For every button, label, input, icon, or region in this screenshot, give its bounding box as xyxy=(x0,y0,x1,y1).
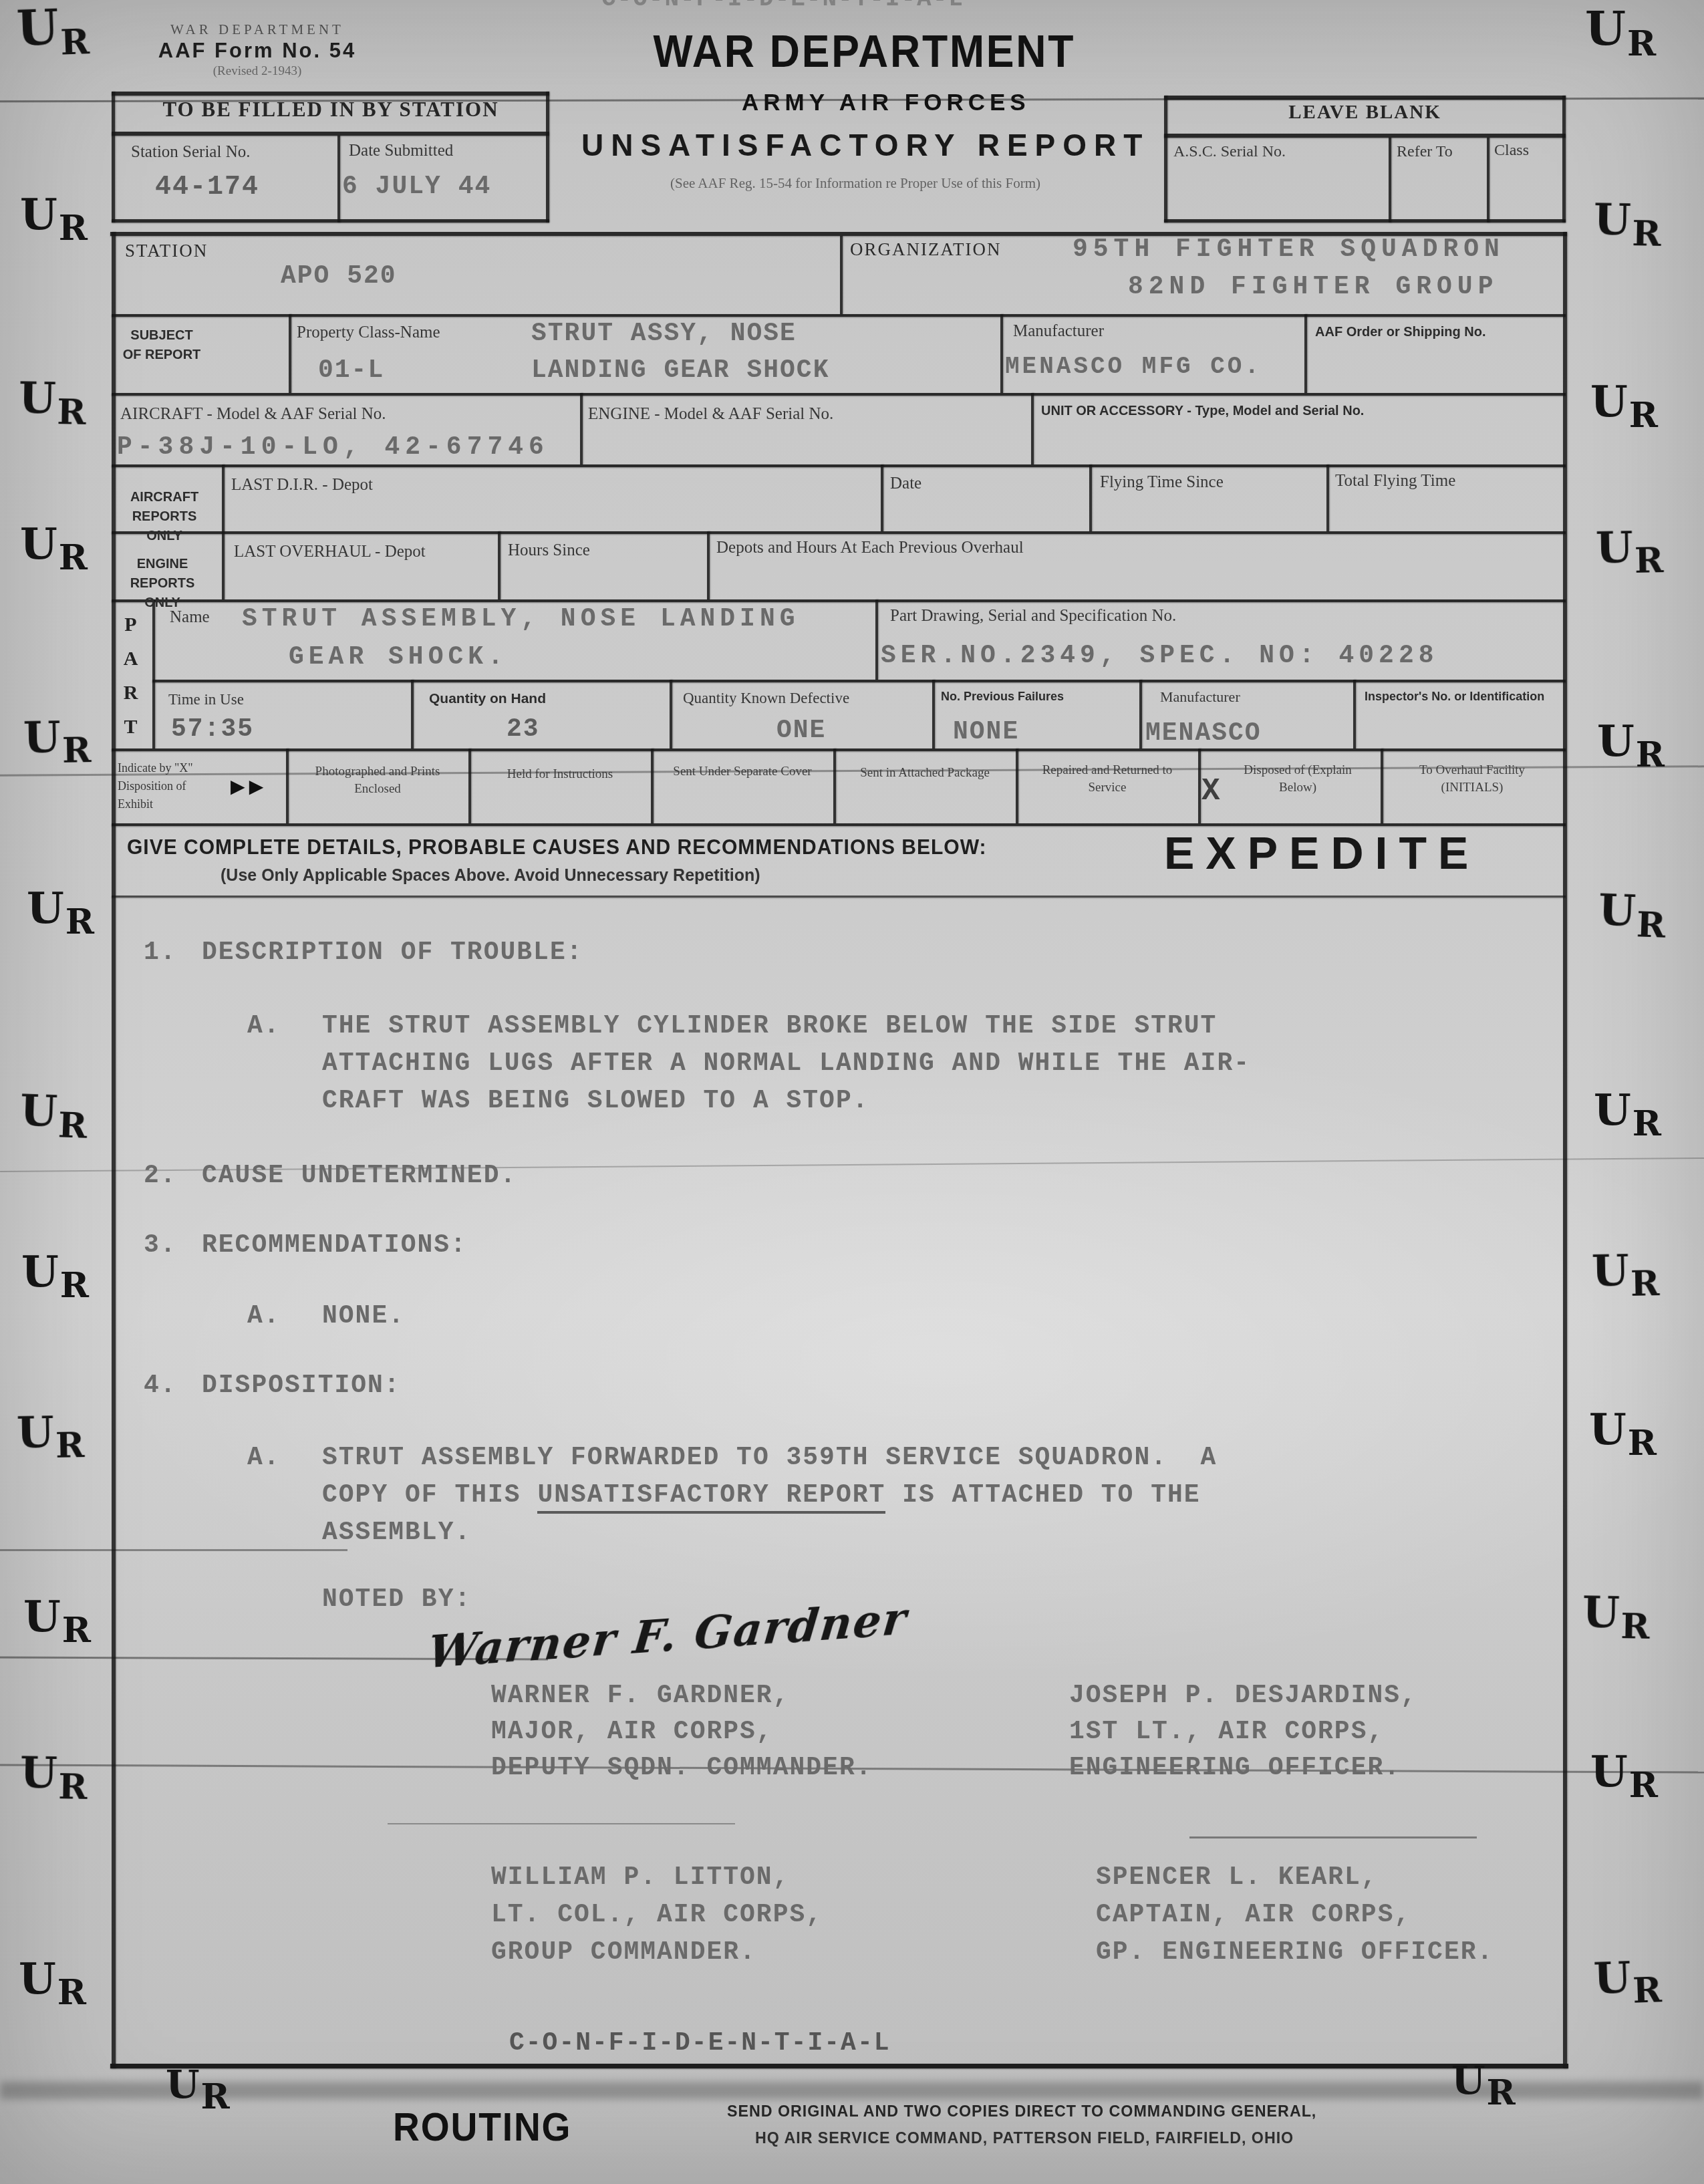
body-item1a-line3: CRAFT WAS BEING SLOWED TO A STOP. xyxy=(322,1087,869,1115)
ur-stamp-r: R xyxy=(1632,217,1661,252)
ur-stamp-r: R xyxy=(55,1428,85,1464)
border-line xyxy=(222,464,225,599)
body-item2-title: CAUSE UNDETERMINED. xyxy=(202,1162,517,1190)
confidential-bottom-line: C-O-N-F-I-D-E-N-T-I-A-L xyxy=(509,2029,891,2058)
border-line xyxy=(1487,138,1489,223)
disposition-option: Photographed and Prints Enclosed xyxy=(307,763,448,797)
border-line xyxy=(112,599,1566,602)
page-subtitle: ARMY AIR FORCES xyxy=(742,90,1030,116)
prev-failures-value: NONE xyxy=(953,718,1019,746)
border-line xyxy=(112,896,1566,898)
ur-stamp-u: U xyxy=(20,519,57,569)
ur-stamp: UR xyxy=(20,194,88,237)
body-item3a-letter: A. xyxy=(247,1302,281,1331)
aircraft-value: P-38J-10-LO, 42-67746 xyxy=(117,433,549,462)
border-line xyxy=(112,464,1566,467)
ur-stamp-r: R xyxy=(1632,1107,1661,1141)
ur-stamp-r: R xyxy=(201,2080,230,2114)
border-line xyxy=(112,393,1566,396)
part-name-label: Name xyxy=(170,608,210,627)
subject-stub-label: SUBJECT OF REPORT xyxy=(122,326,202,365)
ur-stamp-r: R xyxy=(59,211,88,246)
ur-stamp-u: U xyxy=(1598,885,1637,936)
property-value-line1: STRUT ASSY, NOSE xyxy=(531,319,797,348)
qty-defective-label: Quantity Known Defective xyxy=(683,690,849,707)
leave-blank-title: LEAVE BLANK xyxy=(1169,102,1560,124)
ur-stamp-r: R xyxy=(1636,738,1665,773)
ur-stamp-r: R xyxy=(62,1613,91,1648)
scan-line xyxy=(0,1549,347,1551)
ur-stamp-u: U xyxy=(19,1954,56,2004)
border-line xyxy=(1198,748,1201,823)
border-line xyxy=(1164,219,1566,223)
ur-stamp-u: U xyxy=(166,2062,200,2107)
ur-stamp: UR xyxy=(1593,198,1661,243)
body-item4-number: 4. xyxy=(144,1371,177,1400)
signer4-title: GP. ENGINEERING OFFICER. xyxy=(1096,1938,1494,1967)
ur-stamp-u: U xyxy=(19,1748,57,1798)
border-line xyxy=(112,314,1566,317)
ur-stamp-r: R xyxy=(1629,398,1658,433)
border-line xyxy=(337,136,340,223)
border-line xyxy=(707,531,710,599)
ur-stamp-r: R xyxy=(1630,1266,1660,1302)
part-name-value-line1: STRUT ASSEMBLY, NOSE LANDING xyxy=(242,605,800,634)
border-line xyxy=(1381,748,1383,823)
depots-hours-label: Depots and Hours At Each Previous Overha… xyxy=(716,539,1024,557)
border-line xyxy=(875,599,878,680)
ur-stamp-u: U xyxy=(19,1085,58,1137)
part-drawing-label: Part Drawing, Serial and Specification N… xyxy=(890,607,1176,626)
border-line xyxy=(110,2064,1568,2068)
expedite-stamp: EXPEDITE xyxy=(1164,827,1479,879)
station-box-title: TO BE FILLED IN BY STATION xyxy=(117,98,545,122)
body-item3a-text: NONE. xyxy=(322,1302,405,1331)
station-label: STATION xyxy=(125,241,208,261)
report-title: UNSATISFACTORY REPORT xyxy=(581,127,1149,163)
time-in-use-value: 57:35 xyxy=(171,715,254,744)
ur-stamp-r: R xyxy=(60,25,90,60)
signer2-name: JOSEPH P. DESJARDINS, xyxy=(1069,1681,1417,1710)
body-item1a-line2: ATTACHING LUGS AFTER A NORMAL LANDING AN… xyxy=(322,1049,1250,1078)
class-label: Class xyxy=(1494,142,1529,160)
disposition-x-mark: X xyxy=(1201,774,1222,809)
organization-value-line1: 95TH FIGHTER SQUADRON xyxy=(1073,235,1505,264)
border-line xyxy=(580,393,583,464)
signer2-rank: 1ST LT., AIR CORPS, xyxy=(1069,1718,1384,1746)
scan-line xyxy=(1189,1836,1477,1838)
last-overhaul-label: LAST OVERHAUL - Depot xyxy=(234,543,426,561)
ur-stamp-u: U xyxy=(1591,1246,1629,1296)
disposition-option: Held for Instructions xyxy=(489,766,631,783)
body-item4a-line2-post: IS ATTACHED TO THE xyxy=(885,1481,1200,1510)
ur-stamp: UR xyxy=(21,1251,89,1294)
border-line xyxy=(1139,680,1142,748)
border-line xyxy=(411,680,414,748)
signature-warner-gardner: Warner F. Gardner xyxy=(426,1593,910,1679)
property-class-label: Property Class-Name xyxy=(297,323,440,342)
report-note: (See AAF Reg. 15-54 for Information re P… xyxy=(588,175,1123,192)
ur-stamp-u: U xyxy=(1582,1587,1620,1638)
routing-label: ROUTING xyxy=(393,2104,571,2150)
border-line xyxy=(1016,748,1018,823)
ur-stamp: UR xyxy=(23,1596,91,1639)
ur-stamp: UR xyxy=(1595,526,1663,570)
form-dept-label: WAR DEPARTMENT xyxy=(100,21,414,38)
body-item4a-line3: ASSEMBLY. xyxy=(322,1518,471,1547)
ur-stamp-r: R xyxy=(1620,1609,1650,1645)
property-class-value: 01-L xyxy=(318,356,384,385)
ur-stamp-r: R xyxy=(59,541,88,575)
body-item2-number: 2. xyxy=(144,1162,177,1190)
border-line xyxy=(833,748,836,823)
ur-stamp: UR xyxy=(19,1089,88,1134)
ur-stamp-u: U xyxy=(1590,1747,1628,1797)
ur-stamp: UR xyxy=(1594,1089,1661,1132)
scanned-unsatisfactory-report: C-O-N-F-I-D-E-N-T-I-A-L UR UR UR UR UR U… xyxy=(0,0,1704,2184)
border-line xyxy=(1389,138,1391,223)
ur-stamp-u: U xyxy=(16,0,60,57)
aircraft-reports-stub: AIRCRAFT REPORTS ONLY xyxy=(118,488,211,546)
signer1-title: DEPUTY SQDN. COMMANDER. xyxy=(491,1754,873,1782)
ur-stamp-r: R xyxy=(65,905,94,940)
border-line xyxy=(881,464,883,531)
border-line xyxy=(112,132,549,136)
border-line xyxy=(468,748,471,823)
border-line xyxy=(651,748,654,823)
time-in-use-label: Time in Use xyxy=(168,691,244,708)
border-line xyxy=(152,599,155,748)
manufacturer-value: MENASCO MFG CO. xyxy=(1005,353,1262,380)
body-item1-title: DESCRIPTION OF TROUBLE: xyxy=(202,938,583,967)
signer3-name: WILLIAM P. LITTON, xyxy=(491,1863,789,1892)
border-line xyxy=(112,748,1566,751)
ur-stamp: UR xyxy=(1590,381,1658,424)
hours-since-label: Hours Since xyxy=(508,541,590,560)
ur-stamp-r: R xyxy=(1628,1426,1657,1461)
ur-stamp: UR xyxy=(16,2,90,53)
body-item4-title: DISPOSITION: xyxy=(202,1371,401,1400)
ur-stamp: UR xyxy=(27,888,94,930)
ur-stamp-u: U xyxy=(1593,1953,1632,2004)
body-item3-number: 3. xyxy=(144,1231,177,1260)
organization-label: ORGANIZATION xyxy=(850,239,1001,260)
ur-stamp-u: U xyxy=(1594,1085,1631,1135)
ur-stamp-u: U xyxy=(20,190,57,240)
disposition-option: To Overhaul Facility (INITIALS) xyxy=(1401,762,1543,796)
disposition-option: Sent in Attached Package xyxy=(854,765,996,782)
property-value-line2: LANDING GEAR SHOCK xyxy=(531,356,829,385)
ur-stamp-u: U xyxy=(18,373,56,424)
organization-value-line2: 82ND FIGHTER GROUP xyxy=(1128,273,1498,301)
last-dir-depot-label: LAST D.I.R. - Depot xyxy=(231,476,373,495)
border-line xyxy=(112,92,115,223)
inspector-label: Inspector's No. or Identification xyxy=(1365,688,1558,705)
signer3-title: GROUP COMMANDER. xyxy=(491,1938,756,1967)
ur-stamp-u: U xyxy=(27,883,64,934)
border-line xyxy=(112,232,116,2068)
ur-stamp-u: U xyxy=(1593,194,1631,245)
flying-time-since-label: Flying Time Since xyxy=(1100,473,1224,492)
border-line xyxy=(1562,96,1566,223)
border-line xyxy=(1164,134,1566,138)
body-item1-number: 1. xyxy=(144,938,177,967)
confidential-top-line: C-O-N-F-I-D-E-N-T-I-A-L xyxy=(601,0,964,13)
border-line xyxy=(1164,96,1167,223)
station-serial-label: Station Serial No. xyxy=(131,143,250,162)
ur-stamp-u: U xyxy=(16,1407,54,1458)
ur-stamp: UR xyxy=(166,2065,230,2104)
body-item4a-line1: STRUT ASSEMBLY FORWARDED TO 359TH SERVIC… xyxy=(322,1444,1217,1472)
ur-stamp-u: U xyxy=(1590,377,1628,427)
asc-serial-label: A.S.C. Serial No. xyxy=(1173,143,1286,161)
aircraft-label: AIRCRAFT - Model & AAF Serial No. xyxy=(120,405,386,424)
ur-stamp-r: R xyxy=(57,1975,86,2010)
form-number: AAF Form No. 54 xyxy=(100,39,414,63)
part-stub-label: PART xyxy=(119,613,142,744)
border-line xyxy=(498,531,501,599)
ur-stamp: UR xyxy=(19,1958,86,2001)
qty-on-hand-label: Quantity on Hand xyxy=(429,691,546,707)
body-item1a-line1: THE STRUT ASSEMBLY CYLINDER BROKE BELOW … xyxy=(322,1012,1217,1041)
ur-stamp: UR xyxy=(1591,1249,1659,1293)
border-line xyxy=(1326,464,1329,531)
ur-stamp: UR xyxy=(1598,889,1667,934)
ur-stamp-r: R xyxy=(62,733,92,769)
total-flying-time-label: Total Flying Time xyxy=(1335,472,1455,491)
body-item4a-line2-underlined: UNSATISFACTORY REPORT xyxy=(537,1481,885,1514)
ur-stamp-r: R xyxy=(1487,2076,1516,2110)
disposition-arrow-icon: ►► xyxy=(226,773,263,801)
station-serial-value: 44-174 xyxy=(155,172,259,202)
ur-stamp: UR xyxy=(1582,1591,1650,1635)
ur-stamp: UR xyxy=(16,1411,84,1455)
refer-to-label: Refer To xyxy=(1397,143,1453,161)
ur-stamp-r: R xyxy=(60,1268,89,1303)
border-line xyxy=(1031,393,1034,464)
scan-line xyxy=(388,1823,735,1824)
ur-stamp-u: U xyxy=(1595,523,1633,573)
prev-failures-label: No. Previous Failures xyxy=(941,690,1064,704)
body-item1a-letter: A. xyxy=(247,1012,281,1041)
ur-stamp: UR xyxy=(1593,1955,1662,2000)
border-line xyxy=(1164,96,1566,100)
border-line xyxy=(1353,680,1356,748)
engine-reports-stub: ENGINE REPORTS ONLY xyxy=(119,555,206,613)
ur-stamp: UR xyxy=(18,377,86,421)
disposition-option: Repaired and Returned to Service xyxy=(1036,762,1178,796)
ur-stamp-r: R xyxy=(1629,1768,1658,1803)
form-revision: (Revised 2-1943) xyxy=(100,64,414,79)
ur-stamp-r: R xyxy=(58,1770,88,1805)
part-mfr-value: MENASCO xyxy=(1145,719,1262,748)
border-line xyxy=(932,680,935,748)
border-line xyxy=(112,219,549,223)
qty-defective-value: ONE xyxy=(776,716,826,745)
signer2-title: ENGINEERING OFFICER. xyxy=(1069,1754,1401,1782)
border-line xyxy=(112,92,549,96)
routing-note-line1: SEND ORIGINAL AND TWO COPIES DIRECT TO C… xyxy=(727,2102,1316,2121)
page-title: WAR DEPARTMENT xyxy=(653,25,1075,78)
unit-accessory-label: UNIT OR ACCESSORY - Type, Model and Seri… xyxy=(1041,404,1549,419)
station-value: APO 520 xyxy=(281,262,397,291)
border-line xyxy=(840,236,843,314)
ur-stamp-u: U xyxy=(23,712,61,763)
ur-stamp-r: R xyxy=(1635,543,1664,579)
ur-stamp-u: U xyxy=(21,1247,59,1297)
ur-stamp: UR xyxy=(19,1752,88,1796)
border-line xyxy=(286,748,289,823)
ur-stamp-r: R xyxy=(1627,27,1656,61)
scan-smear xyxy=(0,2082,1704,2099)
part-name-value-line2: GEAR SHOCK. xyxy=(289,643,508,672)
ur-stamp-r: R xyxy=(1636,908,1666,943)
engine-label: ENGINE - Model & AAF Serial No. xyxy=(588,405,833,424)
signer1-rank: MAJOR, AIR CORPS, xyxy=(491,1718,773,1746)
part-drawing-value: SER.NO.2349, SPEC. NO: 40228 xyxy=(881,642,1439,670)
qty-on-hand-value: 23 xyxy=(507,715,540,744)
ur-stamp-u: U xyxy=(23,1592,61,1642)
body-item4a-line2-pre: COPY OF THIS xyxy=(322,1481,537,1510)
ur-stamp-u: U xyxy=(1589,1405,1626,1455)
ur-stamp: UR xyxy=(23,716,91,760)
signer4-name: SPENCER L. KEARL, xyxy=(1096,1863,1378,1892)
ur-stamp-r: R xyxy=(1632,1973,1663,2008)
date-label: Date xyxy=(890,474,921,493)
details-instruction-line2: (Use Only Applicable Spaces Above. Avoid… xyxy=(221,866,760,885)
border-line xyxy=(1089,464,1092,531)
ur-stamp: UR xyxy=(1590,1751,1658,1794)
manufacturer-label: Manufacturer xyxy=(1013,322,1104,341)
border-line xyxy=(1563,232,1567,2068)
signer1-name: WARNER F. GARDNER, xyxy=(491,1681,789,1710)
disposition-option-disposed: Disposed of (Explain Below) xyxy=(1227,762,1369,796)
disposition-stub-label: Indicate by "X" Disposition of Exhibit xyxy=(118,759,223,813)
ur-stamp: UR xyxy=(20,523,88,566)
routing-note-line2: HQ AIR SERVICE COMMAND, PATTERSON FIELD,… xyxy=(755,2129,1294,2148)
signer4-rank: CAPTAIN, AIR CORPS, xyxy=(1096,1901,1411,1929)
border-line xyxy=(112,531,1566,534)
border-line xyxy=(546,92,549,223)
body-item4a-letter: A. xyxy=(247,1444,281,1472)
body-item3-title: RECOMMENDATIONS: xyxy=(202,1231,467,1260)
noted-by-label: NOTED BY: xyxy=(322,1585,471,1614)
ur-stamp-r: R xyxy=(57,395,86,430)
ur-stamp: UR xyxy=(1597,720,1665,763)
border-line xyxy=(1304,314,1307,393)
ur-stamp-r: R xyxy=(57,1108,88,1143)
border-line xyxy=(112,823,1566,826)
disposition-option: Sent Under Separate Cover xyxy=(672,763,813,781)
ur-stamp: UR xyxy=(1589,1409,1657,1452)
border-line xyxy=(289,314,291,393)
date-submitted-value: 6 JULY 44 xyxy=(342,172,491,201)
ur-stamp-u: U xyxy=(1597,716,1635,767)
date-submitted-label: Date Submitted xyxy=(349,142,453,160)
border-line xyxy=(670,680,672,748)
details-instruction-line1: GIVE COMPLETE DETAILS, PROBABLE CAUSES A… xyxy=(127,835,987,859)
border-line xyxy=(1000,314,1003,393)
signer3-rank: LT. COL., AIR CORPS, xyxy=(491,1901,823,1929)
ur-stamp: UR xyxy=(1585,5,1656,52)
ur-stamp-u: U xyxy=(1585,1,1626,56)
part-mfr-label: Manufacturer xyxy=(1160,688,1240,706)
aaf-order-label: AAF Order or Shipping No. xyxy=(1315,325,1486,340)
body-item4a-line2: COPY OF THIS UNSATISFACTORY REPORT IS AT… xyxy=(322,1481,1201,1510)
